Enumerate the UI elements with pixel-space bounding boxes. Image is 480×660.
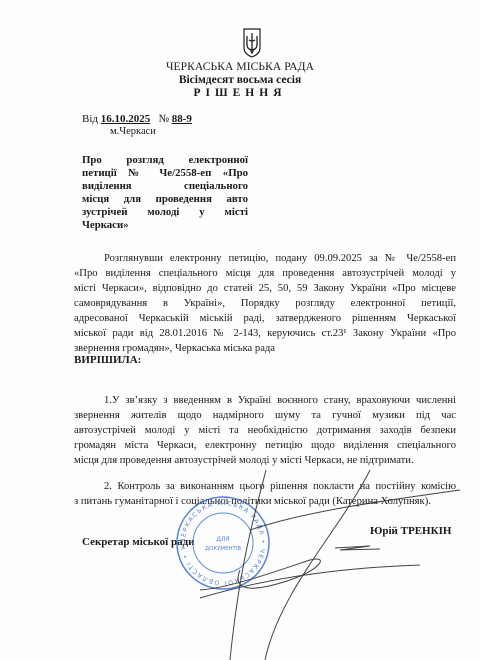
subject-line: Черкаси» — [82, 219, 248, 232]
date-line: Від 16.10.2025 № 88-9 — [82, 113, 192, 125]
council-name: ЧЕРКАСЬКА МІСЬКА РАДА — [0, 61, 480, 73]
text-line: адресованої Черкаській міській раді, зат… — [74, 311, 456, 326]
text-line: місті Черкаси», відповідно до статей 25,… — [74, 281, 456, 296]
trident-coat-of-arms-icon — [242, 28, 262, 58]
city: м.Черкаси — [110, 126, 156, 137]
decision-date: 16.10.2025 — [101, 113, 151, 125]
preamble-paragraph: Розглянувши електронну петицію, подану 0… — [74, 251, 456, 356]
text-line: автозустрічей молоді у місті та необхідн… — [74, 423, 456, 438]
text-line: громадян міста Черкаси, електронну петиц… — [74, 438, 456, 453]
document-page: ЧЕРКАСЬКА МІСЬКА РАДА Вісімдесят восьма … — [0, 0, 480, 660]
session-title: Вісімдесят восьма сесія — [0, 74, 480, 86]
subject-line: місця для проведення авто — [82, 193, 248, 206]
text-line: Розглянувши електронну петицію, подану 0… — [74, 251, 456, 266]
subject-block: Про розгляд електронної петиції № Че/255… — [82, 154, 248, 232]
text-line: 1.У зв’язку з введенням в Україні воєнно… — [74, 393, 456, 408]
number-prefix: № — [159, 113, 170, 125]
subject-line: зустрічей молоді у місті — [82, 206, 248, 219]
text-line: самоврядування в Україні», Порядку розгл… — [74, 296, 456, 311]
subject-line: Про розгляд електронної — [82, 154, 248, 167]
subject-line: петиції № Че/2558-еп «Про — [82, 167, 248, 180]
document-type: РІШЕННЯ — [0, 87, 480, 99]
date-prefix: Від — [82, 113, 98, 125]
subject-line: виділення спеціального — [82, 180, 248, 193]
resolved-label: ВИРІШИЛА: — [74, 354, 141, 366]
item-1-paragraph: 1.У зв’язку з введенням в Україні воєнно… — [74, 393, 456, 468]
text-line: звернення жителів щодо надмірного шуму т… — [74, 408, 456, 423]
handwritten-signature-icon — [170, 470, 460, 660]
text-line: міської ради від 28.01.2016 № 2-143, кер… — [74, 326, 456, 341]
text-line: «Про виділення спеціального місця для пр… — [74, 266, 456, 281]
decision-number: 88-9 — [172, 113, 192, 125]
text-line: місця для проведення автозустрічей молод… — [74, 453, 456, 468]
